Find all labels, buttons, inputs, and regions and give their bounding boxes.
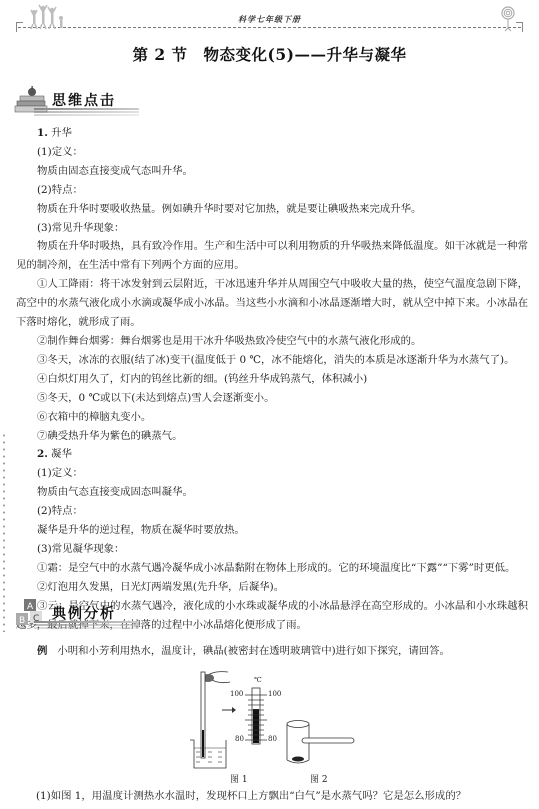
list-item: ③冬天，冰冻的衣服(结了冰)变干(温度低于 0 ℃，冰不能熔化，消失的本质是冰逐… [16, 351, 528, 370]
definition-text: 物质由气态直接变成固态叫凝华。 [16, 483, 528, 502]
figure-2-iodine-tube [286, 718, 356, 768]
features-label: (2)特点： [16, 502, 528, 521]
example-tag: 例 [37, 645, 47, 657]
book-title: 科学七年级下册 [0, 14, 539, 25]
list-item: ⑥衣箱中的樟脑丸变小。 [16, 408, 528, 427]
section-title-examples: 典例分析 [52, 603, 116, 623]
question-1: (1)如图 1，用温度计测热水水温时，发现杯口上方飘出“白气”是水蒸气吗？它是怎… [36, 787, 466, 802]
phenomena-intro: 物质在升华时吸热，具有致冷作用。生产和生活中可以利用物质的升华吸热来降低温度。如… [16, 237, 528, 275]
features-text: 物质在升华时要吸收热量。例如碘升华时要对它加热，就是要让碘吸热来完成升华。 [16, 200, 528, 219]
scale-top-left: 100 [230, 690, 243, 698]
figure-1-thermometer-beaker [190, 668, 300, 773]
heading-sublimation: 升华 [51, 127, 72, 139]
section-header-examples: A B C 典例分析 [14, 597, 139, 633]
scale-bottom-right: 80 [268, 735, 277, 743]
svg-text:A: A [27, 602, 34, 612]
features-text: 凝华是升华的逆过程，物质在凝华时要放热。 [16, 521, 528, 540]
definition-label: (1)定义： [16, 464, 528, 483]
scale-top-right: 100 [268, 690, 281, 698]
phenomena-label: (3)常见凝华现象： [16, 540, 528, 559]
definition-label: (1)定义： [16, 143, 528, 162]
example-text: 小明和小芳利用热水，温度计，碘晶(被密封在透明玻璃管中)进行如下探究，请回答。 [57, 645, 450, 657]
phenomena-label: (3)常见升华现象： [16, 219, 528, 238]
list-item: ④白炽灯用久了，灯内的钨丝比新的细。(钨丝升华成钨蒸气，体积减小) [16, 370, 528, 389]
list-item: ⑦碘受热升华为紫色的碘蒸气。 [16, 427, 528, 446]
list-item: ⑤冬天，0 ℃或以下(未达到熔点)雪人会逐渐变小。 [16, 389, 528, 408]
section-title-thinking: 思维点击 [52, 90, 116, 110]
content-sublimation: 1. 升华 (1)定义： 物质由固态直接变成气态叫升华。 (2)特点： 物质在升… [16, 124, 528, 634]
section-header-thinking: 思维点击 [14, 84, 139, 120]
list-item: ①人工降雨：将干冰发射到云层附近，干冰迅速升华并从周围空气中吸收大量的热，使空气… [16, 275, 528, 332]
thermometer-unit: ℃ [254, 676, 262, 684]
experiment-figures: ℃ 100 100 80 80 图 1 图 2 [190, 668, 360, 786]
page-title: 第 2 节 物态变化(5)——升华与凝华 [0, 43, 539, 65]
header-dashed-rule [18, 27, 521, 28]
example-prompt: 例小明和小芳利用热水，温度计，碘晶(被密封在透明玻璃管中)进行如下探究，请回答。 [37, 642, 450, 657]
heading-number: 1. [37, 127, 48, 139]
figure-1-caption: 图 1 [230, 772, 248, 785]
svg-text:B: B [19, 616, 25, 626]
figure-2-caption: 图 2 [310, 772, 328, 785]
scale-bottom-left: 80 [235, 735, 244, 743]
list-item: ②灯泡用久发黑，日光灯两端发黑(先升华，后凝华)。 [16, 578, 528, 597]
heading-number: 2. [37, 448, 48, 460]
definition-text: 物质由固态直接变成气态叫升华。 [16, 162, 528, 181]
heading-deposition: 凝华 [51, 448, 72, 460]
list-item: ①霜：是空气中的水蒸气遇冷凝华成小冰晶黏附在物体上形成的。它的环境温度比“下露”… [16, 559, 528, 578]
page-header: 科学七年级下册 [0, 0, 539, 34]
margin-dot-rule [2, 432, 6, 632]
features-label: (2)特点： [16, 181, 528, 200]
list-item: ②制作舞台烟雾：舞台烟雾也是用干冰升华吸热致冷使空气中的水蒸气液化形成的。 [16, 332, 528, 351]
